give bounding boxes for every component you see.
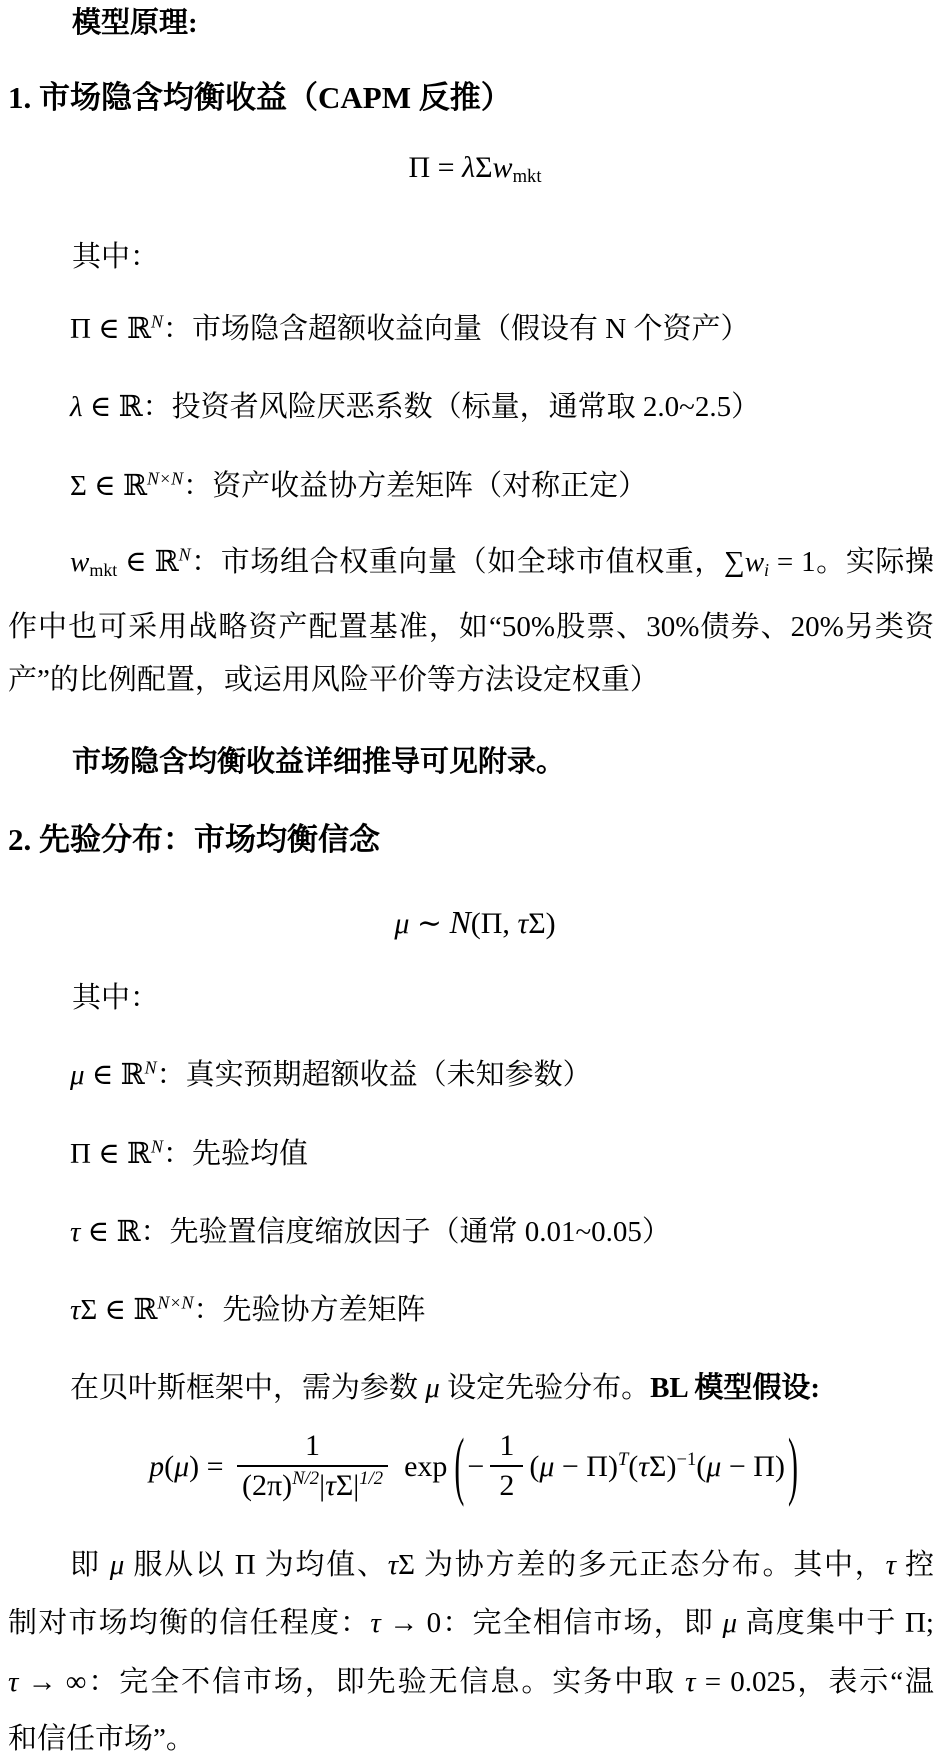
- fraction-numerator: 1: [303, 1428, 322, 1465]
- text-run: ∼: [409, 907, 449, 940]
- text-run: N: [179, 544, 191, 564]
- big-paren-right: ): [788, 1424, 798, 1508]
- text-run: μ: [394, 907, 409, 940]
- math-var: μ: [539, 1450, 554, 1483]
- text-run: 和信任市场”。: [8, 1723, 195, 1755]
- text-run: 其中：: [72, 241, 159, 273]
- text-run: 制对市场均衡的信任程度：: [8, 1607, 370, 1639]
- text-run: 高度集中于 Π;: [737, 1607, 934, 1639]
- text-run: μ: [425, 1372, 440, 1404]
- def-pi-vector: Π ∈ ℝN：市场隐含超额收益向量（假设有 N 个资产）: [70, 310, 749, 348]
- text-run: ：资产收益协方差矩阵（对称正定）: [183, 470, 647, 502]
- def-tau-sigma: τΣ ∈ ℝN×N：先验协方差矩阵: [70, 1291, 425, 1329]
- text-run: 服从以 Π 为均值、: [124, 1549, 387, 1581]
- def-sigma: Σ ∈ ℝN×N：资产收益协方差矩阵（对称正定）: [70, 467, 647, 505]
- def-tau: τ ∈ ℝ：先验置信度缩放因子（通常 0.01~0.05）: [70, 1213, 671, 1251]
- def-lambda: λ ∈ ℝ：投资者风险厌恶系数（标量，通常取 2.0~2.5）: [70, 388, 760, 426]
- text-run: mkt: [89, 560, 117, 580]
- text-run: (Π,: [471, 907, 518, 940]
- math-paren: (: [696, 1450, 706, 1483]
- text-run: τ: [70, 1294, 80, 1326]
- math-paren: (: [628, 1450, 638, 1483]
- heading-section-2: 2. 先验分布：市场均衡信念: [8, 820, 380, 860]
- text-run: τ: [70, 1216, 80, 1248]
- math-exponent: N/2: [292, 1468, 319, 1489]
- math-var: μ: [174, 1450, 189, 1483]
- para-bayes-framework: 在贝叶斯框架中，需为参数 μ 设定先验分布。BL 模型假设:: [70, 1369, 820, 1407]
- text-run: = 1。实际操: [769, 546, 934, 578]
- para-final-line1: 即 μ 服从以 Π 为均值、τΣ 为协方差的多元正态分布。其中，τ 控: [8, 1546, 934, 1584]
- text-run: 产”的比例配置，或运用风险平价等方法设定权重）: [8, 664, 659, 696]
- text-run: τ: [517, 907, 528, 940]
- text-run: ：真实预期超额收益（未知参数）: [157, 1059, 592, 1091]
- text-run: 模型原理:: [72, 7, 198, 39]
- text-run: 2. 先验分布：市场均衡信念: [8, 822, 380, 857]
- text-run: Π ∈ ℝ: [70, 313, 151, 345]
- text-run: λ: [462, 151, 475, 184]
- text-run: w: [493, 151, 513, 184]
- para-final-line4: 和信任市场”。: [8, 1720, 195, 1758]
- text-run: τ: [886, 1549, 896, 1581]
- def-wmkt-line1: wmkt ∈ ℝN：市场组合权重向量（如全球市值权重，∑wi = 1。实际操: [8, 543, 934, 581]
- text-run: τ: [370, 1607, 380, 1639]
- text-run: Σ: [475, 151, 492, 184]
- fraction-normalizer: 1 (2π)N/2|τΣ|1/2: [237, 1428, 388, 1504]
- text-run: 其中：: [72, 982, 159, 1014]
- def-mu: μ ∈ ℝN：真实预期超额收益（未知参数）: [70, 1056, 592, 1094]
- text-run: w: [70, 546, 89, 578]
- text-run: N: [151, 1136, 163, 1156]
- para-final-line2: 制对市场均衡的信任程度：τ → 0：完全相信市场，即 μ 高度集中于 Π;: [8, 1604, 934, 1642]
- text-run: μ: [723, 1607, 738, 1639]
- math-term: (2π): [242, 1469, 292, 1502]
- text-run: Σ ∈ ℝ: [70, 470, 147, 502]
- math-term: Σ): [649, 1450, 676, 1483]
- heading-section-1: 1. 市场隐含均衡收益（CAPM 反推）: [8, 78, 512, 118]
- text-run: Π ∈ ℝ: [70, 1138, 151, 1170]
- text-run: 1. 市场隐含均衡收益（CAPM 反推）: [8, 80, 512, 115]
- text-run: ：市场组合权重向量（如全球市值权重，: [191, 546, 724, 578]
- math-minus: −: [467, 1450, 484, 1483]
- text-run: ∈ ℝ: [117, 546, 178, 578]
- text-run: τ: [388, 1549, 398, 1581]
- label-where-1: 其中：: [72, 238, 159, 276]
- math-exponent: −1: [677, 1449, 697, 1470]
- def-wmkt-line3: 产”的比例配置，或运用风险平价等方法设定权重）: [8, 661, 659, 699]
- math-var: μ: [706, 1450, 721, 1483]
- math-inverse-term: (τΣ)−1: [628, 1450, 696, 1483]
- note-appendix: 市场隐含均衡收益详细推导可见附录。: [72, 743, 565, 781]
- document-page: 模型原理:1. 市场隐含均衡收益（CAPM 反推）Π = λΣwmkt其中：Π …: [0, 0, 950, 1759]
- fraction-denominator: 2: [490, 1465, 523, 1504]
- big-paren-left: (: [454, 1424, 464, 1508]
- text-run: ：先验均值: [163, 1138, 308, 1170]
- text-run: μ: [110, 1549, 125, 1581]
- text-run: ：市场隐含超额收益向量（假设有 N 个资产）: [163, 313, 749, 345]
- text-run: Π =: [408, 151, 462, 184]
- text-run: ∈ ℝ：投资者风险厌恶系数（标量，通常取 2.0~2.5）: [83, 391, 761, 423]
- math-var: τ: [325, 1469, 336, 1502]
- label-where-2: 其中：: [72, 979, 159, 1017]
- text-run: ∈ ℝ：先验置信度缩放因子（通常 0.01~0.05）: [80, 1216, 671, 1248]
- text-run: BL 模型假设:: [650, 1372, 820, 1404]
- text-run: 市场隐含均衡收益详细推导可见附录。: [72, 746, 565, 778]
- text-run: → 0：完全相信市场，即: [381, 1607, 723, 1639]
- text-run: → ∞：完全不信市场，即先验无信息。实务中取: [18, 1666, 685, 1698]
- title-model-principle: 模型原理:: [72, 4, 198, 42]
- para-final-line3: τ → ∞：完全不信市场，即先验无信息。实务中取 τ = 0.025，表示“温: [8, 1663, 934, 1701]
- math-term: − Π): [721, 1450, 785, 1483]
- text-run: N×N: [157, 1292, 193, 1312]
- fraction-half: 1 2: [490, 1428, 523, 1504]
- math-term: − Π): [554, 1450, 618, 1483]
- text-run: ∑: [724, 546, 745, 578]
- text-run: ∈ ℝ: [85, 1059, 145, 1091]
- math-quadratic-term: (μ − Π)T: [529, 1450, 628, 1483]
- text-run: w: [745, 546, 764, 578]
- math-quadratic-term: (μ − Π): [696, 1450, 785, 1483]
- formula-prior-distribution: μ ∼ N(Π, τΣ): [0, 901, 950, 946]
- math-term: Σ|: [336, 1469, 359, 1502]
- text-run: τ: [685, 1666, 695, 1698]
- text-run: N×N: [147, 468, 183, 488]
- math-exponent: 1/2: [359, 1468, 383, 1489]
- def-wmkt-line2: 作中也可采用战略资产配置基准，如“50%股票、30%债券、20%另类资: [8, 608, 934, 646]
- math-paren: (: [529, 1450, 539, 1483]
- text-run: ：先验协方差矩阵: [193, 1294, 425, 1326]
- text-run: Σ ∈ ℝ: [80, 1294, 157, 1326]
- math-var: τ: [638, 1450, 649, 1483]
- text-run: 控: [896, 1549, 934, 1581]
- text-run: τ: [8, 1666, 18, 1698]
- text-run: mkt: [513, 166, 542, 187]
- text-run: 设定先验分布。: [440, 1372, 650, 1404]
- text-run: λ: [70, 391, 83, 423]
- text-run: = 0.025，表示“温: [696, 1666, 934, 1698]
- text-run: Σ 为协方差的多元正态分布。其中，: [398, 1549, 885, 1581]
- text-run: 作中也可采用战略资产配置基准，如“50%股票、30%债券、20%另类资: [8, 611, 934, 643]
- formula-implied-return: Π = λΣwmkt: [0, 146, 950, 190]
- math-exponent: T: [618, 1449, 628, 1470]
- fraction-numerator: 1: [497, 1428, 516, 1465]
- text-run: Σ): [528, 907, 555, 940]
- math-equals: ) =: [189, 1450, 231, 1483]
- def-pi-prior-mean: Π ∈ ℝN：先验均值: [70, 1135, 308, 1173]
- text-run: μ: [70, 1059, 85, 1091]
- math-lhs: p(μ) =: [149, 1450, 231, 1483]
- text-run: 即: [70, 1549, 110, 1581]
- fraction-denominator: (2π)N/2|τΣ|1/2: [237, 1465, 388, 1504]
- math-var: p: [149, 1450, 164, 1483]
- text-run: 在贝叶斯框架中，需为参数: [70, 1372, 425, 1404]
- text-run: N: [151, 311, 163, 331]
- text-run: N: [145, 1057, 157, 1077]
- formula-prior-density: p(μ) = 1 (2π)N/2|τΣ|1/2 exp ( − 1 2 (μ −…: [0, 1428, 950, 1504]
- math-paren: (: [164, 1450, 174, 1483]
- text-run: N: [450, 905, 471, 940]
- math-exp-operator: exp: [404, 1450, 447, 1483]
